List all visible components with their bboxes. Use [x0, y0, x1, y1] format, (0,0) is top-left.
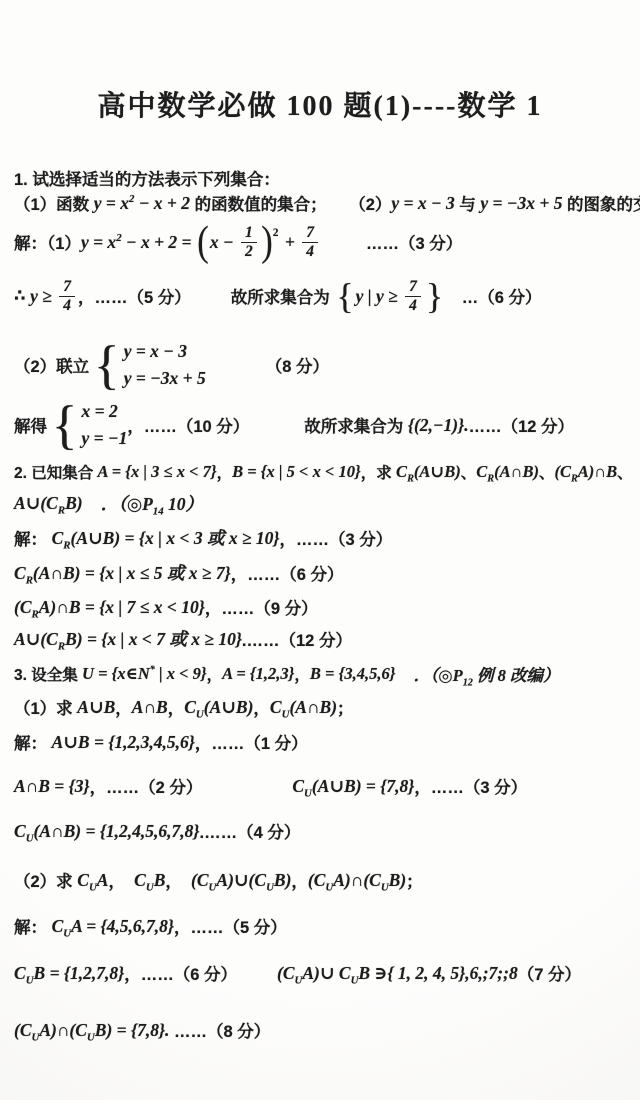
text-segment: 、	[539, 461, 555, 483]
score-note: ，……（2 分）	[90, 774, 203, 798]
p3-solution-line-1: 解： A∪B = {1,2,3,4,5,6} ，……（1 分）	[14, 730, 308, 754]
text-segment: （1）求	[14, 695, 77, 719]
math-segment: A∩B	[132, 697, 168, 718]
equation-system: { x = 2 y = −1	[52, 398, 128, 452]
spacer	[331, 203, 349, 204]
solution-label: 解：	[14, 526, 52, 550]
text-segment: ；	[337, 695, 354, 719]
score-note: ，……（9 分）	[205, 595, 318, 619]
score-note: （8 分）	[266, 353, 329, 377]
p1-solution-line-1: 解：（1） y = x2 − x + 2 = ( x − 1 2 ) 2 + 7…	[14, 224, 462, 261]
p1-solution-line-3: （2）联立 { y = x − 3 y = −3x + 5 （8 分）	[14, 338, 329, 392]
p3-solution-line-6: (CUA)∩(CUB) = {7,8}. ……（8 分）	[14, 1018, 270, 1042]
p1-solution-line-2: ∴ y ≥ 7 4 ，……（5 分） 故所求集合为 { y | y ≥ 7 4 …	[14, 278, 541, 315]
math-segment: (CRA)∩B	[554, 462, 617, 482]
spacer	[206, 365, 266, 366]
page-title: 高中数学必做 100 题(1)----数学 1	[0, 84, 640, 124]
p3-solution-line-5: CUB = {1,2,7,8} ，……（6 分） (CUA)∪ CUB ∋{ 1…	[14, 961, 581, 985]
text-segment: 的图象的交点集合 .	[562, 191, 640, 215]
score-note: ，……（3 分）	[280, 526, 393, 550]
fraction-denominator: 4	[407, 297, 419, 315]
p2-solution-line-3: (CRA)∩B = {x | 7 ≤ x < 10} ，……（9 分）	[14, 595, 318, 619]
text-segment: 、	[461, 461, 477, 483]
text-segment: ，	[291, 868, 308, 892]
math-segment: A∪B = {1,2,3,4,5,6}	[52, 732, 195, 753]
p2-solution-line-4: A∪(CRB) = {x | x < 7 或 x ≥ 10} .……（12 分）	[14, 626, 352, 651]
score-note: ，……（5 分）	[174, 914, 287, 938]
math-segment: CU(A∪B) = {7,8}	[292, 776, 414, 797]
p3-solution-line-2: A∩B = {3} ，……（2 分） CU(A∪B) = {7,8} ，……（3…	[14, 774, 527, 798]
math-segment: y = −3x + 5	[480, 193, 562, 214]
fraction-denominator: 2	[243, 243, 255, 261]
p3-solution-line-3: CU(A∩B) = {1,2,4,5,6,7,8} .……（4 分）	[14, 819, 300, 843]
text-segment: ；	[406, 868, 423, 892]
p3-question-line-2: （1）求 A∪B ， A∩B ， CU(A∪B) ， CU(A∩B) ；	[14, 695, 354, 719]
text-segment: （2）	[349, 191, 391, 215]
math-segment: y | y ≥	[356, 286, 403, 307]
p1-header-line: 1. 试选择适当的方法表示下列集合：	[14, 166, 280, 190]
text-segment: ，	[115, 695, 132, 719]
score-note: ，……（6 分）	[124, 961, 237, 985]
score-note: ，……（5 分）	[78, 284, 191, 308]
score-note: （7 分）	[518, 961, 581, 985]
fraction-numerator: 7	[59, 278, 75, 297]
p1-solution-line-4: 解得 { x = 2 y = −1 ，……（10 分） 故所求集合为 {(2,−…	[14, 398, 574, 452]
solution-label: 解：（1）	[14, 230, 81, 254]
system-equations: x = 2 y = −1	[82, 398, 128, 452]
math-segment: CU(A∩B)	[270, 697, 337, 718]
fraction-numerator: 7	[405, 278, 421, 297]
math-segment: x −	[210, 232, 238, 253]
left-paren-glyph: (	[197, 226, 208, 260]
spacer	[249, 425, 304, 426]
p3-question-line-3: （2）求 CUA ， CUB ， (CUA)∪(CUB) ， (CUA)∩(CU…	[14, 868, 423, 892]
text-segment: （2）联立	[14, 353, 94, 377]
p2-solution-line-2: CR(A∩B) = {x | x ≤ 5 或 x ≥ 7} ，……（6 分）	[14, 560, 344, 585]
text-segment: ，	[168, 695, 185, 719]
score-note: ……（12 分）	[469, 413, 574, 437]
math-segment: y = x2 − x + 2 =	[81, 232, 196, 253]
math-segment: A∩B = {3}	[14, 776, 90, 797]
math-segment: CR(A∩B) = {x | x ≤ 5 或 x ≥ 7}	[14, 560, 231, 585]
score-note: ，……（10 分）	[127, 413, 249, 437]
math-segment: y = −1	[82, 425, 128, 452]
spacer	[83, 503, 101, 504]
text-segment: 3. 设全集	[14, 663, 82, 685]
p2-solution-line-1: 解： CR(A∪B) = {x | x < 3 或 x ≥ 10} ，……（3 …	[14, 525, 392, 550]
math-segment: x = 2	[82, 398, 128, 425]
score-note: ，……（3 分）	[414, 774, 527, 798]
exponent: 2	[273, 227, 279, 239]
p3-question-line-1: 3. 设全集 U = {x∈N* | x < 9} ， A = {1,2,3} …	[14, 662, 560, 686]
math-segment: (CUA)∪(CUB)	[191, 870, 291, 891]
math-segment: CU(A∩B) = {1,2,4,5,6,7,8}	[14, 821, 200, 842]
math-segment: CR(A∪B)	[396, 462, 461, 482]
math-segment: A = {x | 3 ≤ x < 7}	[98, 462, 217, 482]
text-segment: （2）求	[14, 868, 77, 892]
math-segment: A∪(CRB)	[14, 493, 83, 514]
solution-label: 解：	[14, 730, 52, 754]
math-segment: B = {3,4,5,6}	[310, 664, 396, 684]
spacer	[321, 242, 366, 243]
spacer	[237, 973, 277, 974]
fraction-numerator: 1	[241, 224, 257, 243]
p2-question-line-1: 2. 已知集合 A = {x | 3 ≤ x < 7} ， B = {x | 5…	[14, 461, 633, 483]
math-segment: y = x − 3	[391, 193, 454, 214]
fraction: 1 2	[241, 224, 257, 261]
text-segment: ，	[108, 868, 134, 892]
text-segment: ，	[165, 868, 191, 892]
score-note: ，……（1 分）	[195, 730, 308, 754]
fraction: 7 4	[302, 224, 318, 261]
score-note: .……（4 分）	[200, 819, 301, 843]
spacer	[202, 786, 292, 787]
math-segment: CUA	[77, 870, 108, 891]
text-segment: 1. 试选择适当的方法表示下列集合：	[14, 166, 280, 190]
math-segment: CR(A∪B) = {x | x < 3 或 x ≥ 10}	[52, 525, 280, 550]
book-reference: ．（◎P12 例 8 改编）	[413, 662, 559, 686]
fraction-denominator: 4	[61, 297, 73, 315]
text-segment: ，	[294, 663, 310, 685]
math-segment: (CUA)∩(CUB) = {7,8}.	[14, 1020, 169, 1041]
score-note: .……（12 分）	[242, 627, 352, 651]
math-segment: (CRA)∩B = {x | 7 ≤ x < 10}	[14, 597, 205, 618]
spacer	[395, 674, 413, 675]
equation-system: { y = x − 3 y = −3x + 5	[94, 338, 206, 392]
spacer	[191, 296, 231, 297]
p2-question-line-2: A∪(CRB) ．（◎P14 10）	[14, 491, 203, 516]
fraction: 7 4	[59, 278, 75, 315]
fraction: 7 4	[405, 278, 421, 315]
math-segment: (CUA)∪ CUB ∋{ 1, 2, 4, 5},6,;7;;8	[277, 963, 518, 984]
p3-solution-line-4: 解： CUA = {4,5,6,7,8} ，……（5 分）	[14, 914, 287, 938]
math-segment: B = {x | 5 < x < 10}	[232, 462, 361, 482]
right-brace-glyph: }	[426, 282, 443, 311]
text-segment: ，	[217, 461, 233, 483]
text-segment: 故所求集合为	[304, 413, 408, 437]
math-segment: CU(A∪B)	[184, 697, 253, 718]
system-brace-glyph: {	[52, 406, 78, 445]
system-equations: y = x − 3 y = −3x + 5	[124, 338, 206, 392]
text-segment: 故所求集合为	[231, 284, 335, 308]
text-segment: 2. 已知集合	[14, 461, 98, 483]
right-paren-glyph: )	[261, 226, 272, 260]
therefore-symbol: ∴	[14, 286, 30, 306]
math-segment: CR(A∩B)	[476, 462, 539, 482]
math-segment: CUA = {4,5,6,7,8}	[52, 916, 174, 937]
math-segment: A = {1,2,3}	[222, 664, 294, 684]
solution-label: 解：	[14, 914, 52, 938]
text-segment: 的函数值的集合；	[190, 191, 331, 215]
fraction-numerator: 7	[302, 224, 318, 243]
score-note: ，……（6 分）	[231, 561, 344, 585]
fraction-denominator: 4	[304, 243, 316, 261]
text-segment: 与	[455, 191, 481, 215]
math-segment: (CUA)∩(CUB)	[308, 870, 406, 891]
math-segment: U = {x∈N* | x < 9}	[82, 664, 207, 684]
math-segment: y ≥	[30, 286, 56, 307]
p1-question-line: （1）函数 y = x2 − x + 2 的函数值的集合； （2） y = x …	[14, 191, 640, 215]
left-brace-glyph: {	[336, 282, 353, 311]
math-segment: +	[281, 232, 300, 253]
text-segment: （1）函数	[14, 191, 94, 215]
math-segment: CUB	[134, 870, 165, 891]
scanned-worksheet-page: 高中数学必做 100 题(1)----数学 1 1. 试选择适当的方法表示下列集…	[0, 0, 640, 1100]
system-brace-glyph: {	[94, 346, 120, 385]
math-segment: A∪B	[77, 697, 115, 718]
math-segment: {(2,−1)}.	[408, 415, 469, 436]
math-segment: y = x − 3	[124, 338, 206, 365]
text-segment: 、	[617, 461, 633, 483]
score-note: …（6 分）	[457, 284, 541, 308]
math-segment: y = x2 − x + 2	[94, 193, 190, 214]
text-segment: ，	[207, 663, 223, 685]
math-segment: A∪(CRB) = {x | x < 7 或 x ≥ 10}	[14, 626, 242, 651]
score-note: ……（8 分）	[169, 1018, 270, 1042]
math-segment: y = −3x + 5	[124, 365, 206, 392]
math-segment: CUB = {1,2,7,8}	[14, 963, 124, 984]
solution-label: 解得	[14, 413, 52, 437]
book-reference: ．（◎P14 10）	[101, 491, 203, 516]
text-segment: ，求	[361, 461, 396, 483]
score-note: ……（3 分）	[366, 230, 462, 254]
text-segment: ，	[253, 695, 270, 719]
spacer	[445, 296, 457, 297]
